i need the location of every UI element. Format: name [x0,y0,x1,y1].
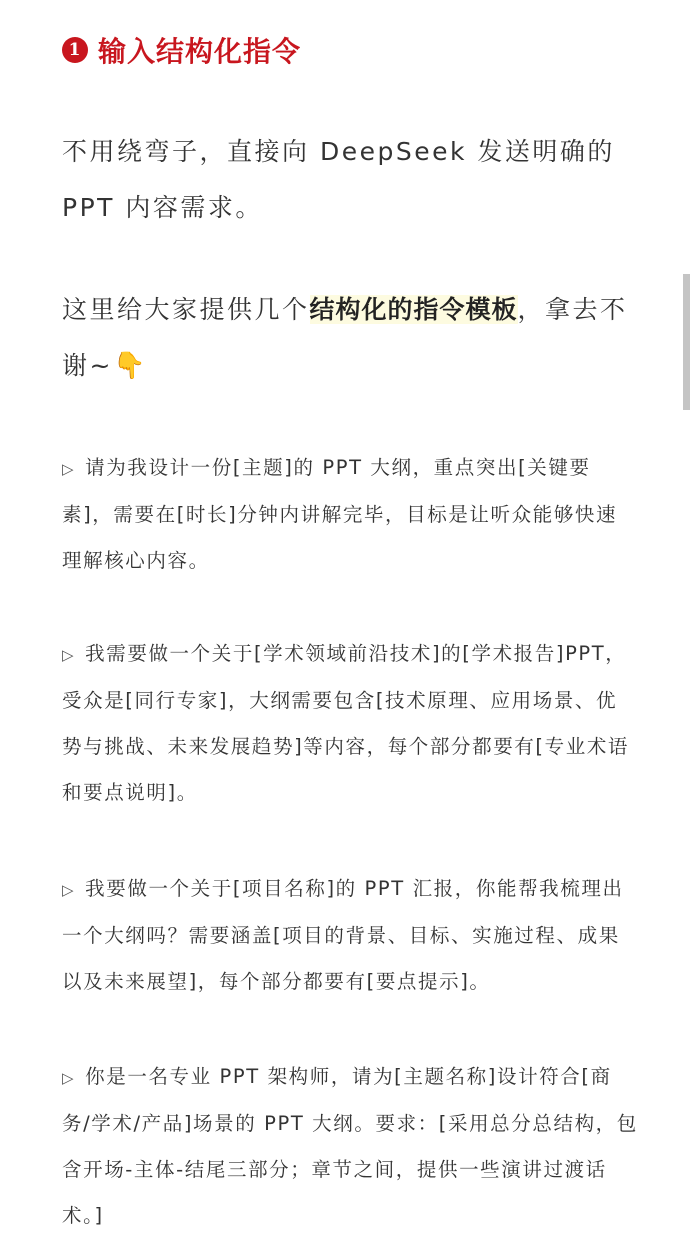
section-heading: 1 输入结构化指令 [62,30,301,70]
intro-paragraph-2: 这里给大家提供几个结构化的指令模板，拿去不谢~👇 [62,282,642,394]
template-text: 你是一名专业 PPT 架构师，请为[主题名称]设计符合[商务/学术/产品]场景的… [62,1065,638,1227]
template-item: ▷我要做一个关于[项目名称]的 PPT 汇报，你能帮我梳理出一个大纲吗？需要涵盖… [62,866,638,1005]
triangle-marker-icon: ▷ [62,460,75,478]
template-text: 请为我设计一份[主题]的 PPT 大纲，重点突出[关键要素]，需要在[时长]分钟… [62,456,617,572]
highlighted-text: 结构化的指令模板 [310,295,518,324]
intro-text-before: 这里给大家提供几个 [62,295,310,324]
intro-paragraph-1: 不用绕弯子，直接向 DeepSeek 发送明确的 PPT 内容需求。 [62,124,642,236]
section-title: 输入结构化指令 [98,30,301,70]
template-text: 我需要做一个关于[学术领域前沿技术]的[学术报告]PPT，受众是[同行专家]，大… [62,642,629,804]
triangle-marker-icon: ▷ [62,646,75,664]
triangle-marker-icon: ▷ [62,881,75,899]
triangle-marker-icon: ▷ [62,1069,75,1087]
circled-number-icon: 1 [62,37,88,63]
template-item: ▷请为我设计一份[主题]的 PPT 大纲，重点突出[关键要素]，需要在[时长]分… [62,445,638,584]
template-item: ▷你是一名专业 PPT 架构师，请为[主题名称]设计符合[商务/学术/产品]场景… [62,1054,638,1239]
template-text: 我要做一个关于[项目名称]的 PPT 汇报，你能帮我梳理出一个大纲吗？需要涵盖[… [62,877,624,993]
vertical-scrollbar[interactable] [683,274,690,410]
template-item: ▷我需要做一个关于[学术领域前沿技术]的[学术报告]PPT，受众是[同行专家]，… [62,631,638,816]
pointing-down-hand-icon: 👇 [113,351,148,381]
